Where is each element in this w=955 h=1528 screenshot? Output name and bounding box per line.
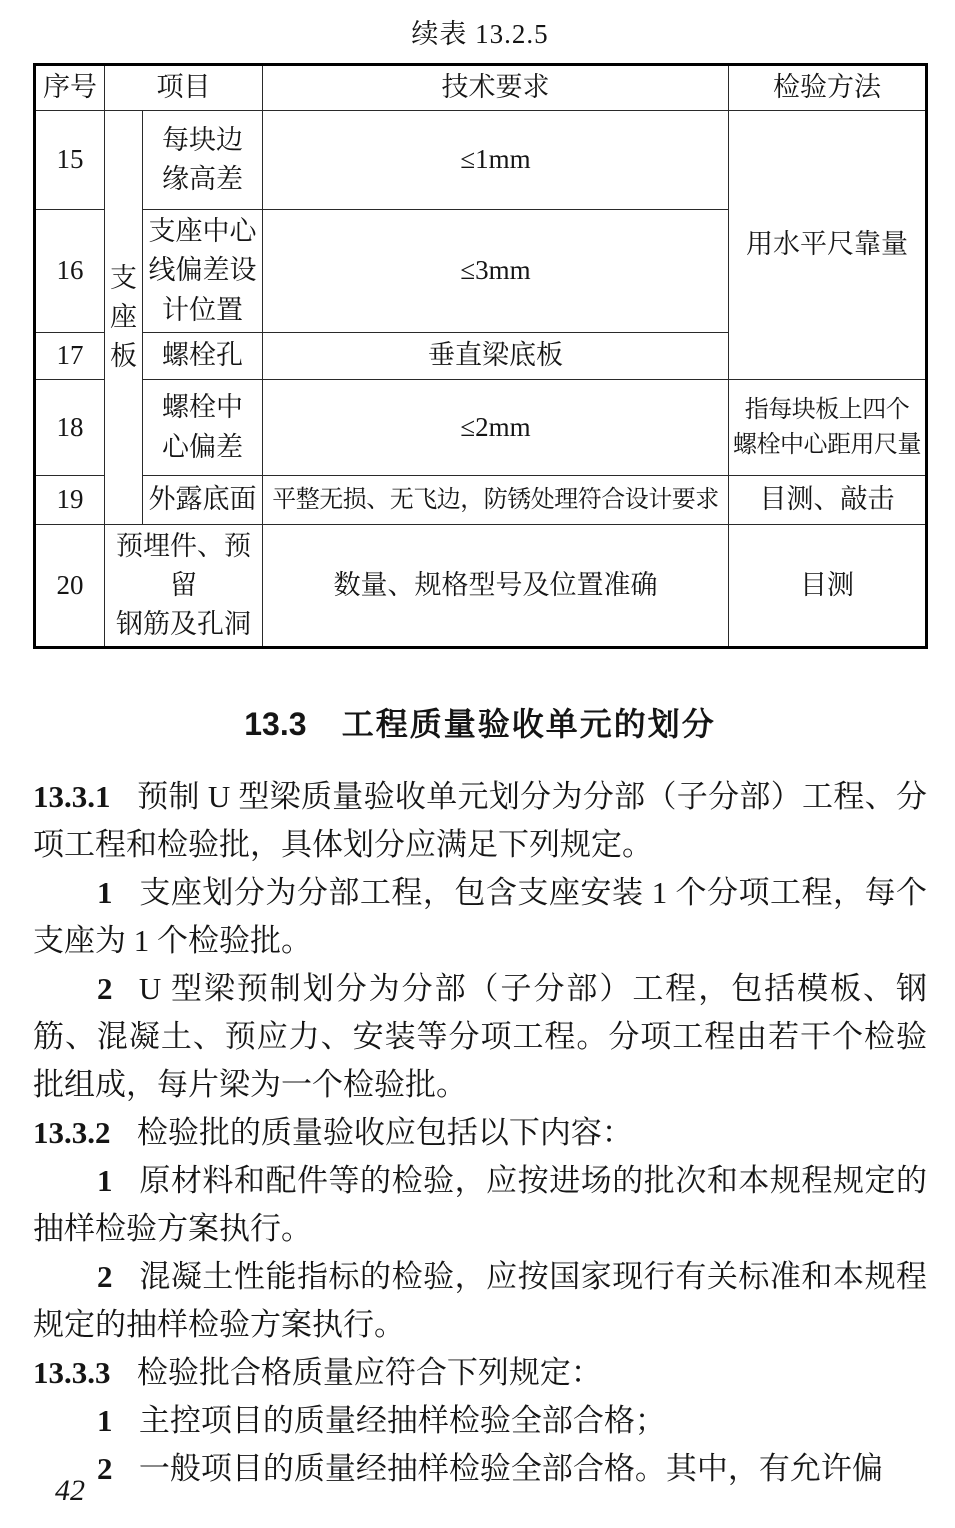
cell-method: 用水平尺靠量 (729, 111, 927, 380)
item-number: 2 (97, 971, 113, 1006)
cell-method: 目测、敲击 (729, 476, 927, 525)
item-text: 混凝土性能指标的检验，应按国家现行有关标准和本规程规定的抽样检验方案执行。 (33, 1259, 927, 1342)
table-title: 续表 13.2.5 (33, 12, 927, 51)
item-text: 支座划分为分部工程，包含支座安装 1 个分项工程，每个支座为 1 个检验批。 (33, 875, 927, 958)
table-row: 15 支 座 板 每块边 缘高差 ≤1mm 用水平尺靠量 (35, 111, 927, 210)
clause-13-3-3: 13.3.3检验批合格质量应符合下列规定： (33, 1349, 927, 1397)
item-text: 原材料和配件等的检验，应按进场的批次和本规程规定的抽样检验方案执行。 (33, 1163, 927, 1246)
cell-item: 螺栓孔 (143, 333, 263, 380)
cell-requirement: 平整无损、无飞边，防锈处理符合设计要求 (263, 476, 729, 525)
list-item-1: 1支座划分为分部工程，包含支座安装 1 个分项工程，每个支座为 1 个检验批。 (33, 869, 927, 965)
table-header-row: 序号 项目 技术要求 检验方法 (35, 65, 927, 111)
list-item-1: 1主控项目的质量经抽样检验全部合格； (33, 1397, 927, 1445)
cell-no: 20 (35, 525, 105, 648)
inspection-table: 序号 项目 技术要求 检验方法 15 支 座 板 每块边 缘高差 ≤1mm 用水… (33, 63, 928, 649)
header-no: 序号 (35, 65, 105, 111)
clause-text: 检验批合格质量应符合下列规定： (137, 1355, 602, 1390)
clause-13-3-2: 13.3.2检验批的质量验收应包括以下内容： (33, 1109, 927, 1157)
list-item-1: 1原材料和配件等的检验，应按进场的批次和本规程规定的抽样检验方案执行。 (33, 1157, 927, 1253)
cell-item: 支座中心 线偏差设 计位置 (143, 210, 263, 333)
item-number: 2 (97, 1259, 113, 1294)
cell-item: 每块边 缘高差 (143, 111, 263, 210)
cell-no: 18 (35, 380, 105, 476)
section-title: 工程质量验收单元的划分 (342, 706, 716, 742)
cell-no: 16 (35, 210, 105, 333)
list-item-2: 2一般项目的质量经抽样检验全部合格。其中，有允许偏 (33, 1445, 927, 1493)
table-row: 19 外露底面 平整无损、无飞边，防锈处理符合设计要求 目测、敲击 (35, 476, 927, 525)
item-text: 一般项目的质量经抽样检验全部合格。其中，有允许偏 (139, 1451, 883, 1486)
table-row: 18 螺栓中 心偏差 ≤2mm 指每块板上四个 螺栓中心距用尺量 (35, 380, 927, 476)
header-method: 检验方法 (729, 65, 927, 111)
clause-text: 预制 U 型梁质量验收单元划分为分部（子分部）工程、分项工程和检验批，具体划分应… (33, 779, 927, 862)
page-number: 42 (55, 1474, 85, 1508)
cell-requirement: 垂直梁底板 (263, 333, 729, 380)
cell-no: 19 (35, 476, 105, 525)
table-row: 20 预埋件、预留 钢筋及孔洞 数量、规格型号及位置准确 目测 (35, 525, 927, 648)
clause-number: 13.3.2 (33, 1115, 111, 1150)
clause-number: 13.3.1 (33, 779, 111, 814)
section-number: 13.3 (244, 706, 306, 742)
item-number: 2 (97, 1451, 113, 1486)
cell-requirement: ≤1mm (263, 111, 729, 210)
item-text: 主控项目的质量经抽样检验全部合格； (139, 1403, 666, 1438)
item-number: 1 (97, 875, 113, 910)
cell-item: 预埋件、预留 钢筋及孔洞 (105, 525, 263, 648)
cell-item: 螺栓中 心偏差 (143, 380, 263, 476)
clause-number: 13.3.3 (33, 1355, 111, 1390)
cell-item: 外露底面 (143, 476, 263, 525)
item-number: 1 (97, 1163, 113, 1198)
cell-requirement: ≤3mm (263, 210, 729, 333)
cell-no: 17 (35, 333, 105, 380)
cell-requirement: 数量、规格型号及位置准确 (263, 525, 729, 648)
cell-method: 指每块板上四个 螺栓中心距用尺量 (729, 380, 927, 476)
cell-requirement: ≤2mm (263, 380, 729, 476)
section-heading: 13.3工程质量验收单元的划分 (33, 699, 927, 745)
clause-text: 检验批的质量验收应包括以下内容： (137, 1115, 633, 1150)
cell-group-label: 支 座 板 (105, 111, 143, 525)
list-item-2: 2混凝土性能指标的检验，应按国家现行有关标准和本规程规定的抽样检验方案执行。 (33, 1253, 927, 1349)
item-number: 1 (97, 1403, 113, 1438)
list-item-2: 2U 型梁预制划分为分部（子分部）工程，包括模板、钢筋、混凝土、预应力、安装等分… (33, 965, 927, 1109)
cell-no: 15 (35, 111, 105, 210)
item-text: U 型梁预制划分为分部（子分部）工程，包括模板、钢筋、混凝土、预应力、安装等分项… (33, 971, 927, 1102)
header-requirement: 技术要求 (263, 65, 729, 111)
document-page: 续表 13.2.5 序号 项目 技术要求 检验方法 15 支 座 板 每块边 缘… (0, 0, 955, 1528)
header-item: 项目 (105, 65, 263, 111)
clause-13-3-1: 13.3.1预制 U 型梁质量验收单元划分为分部（子分部）工程、分项工程和检验批… (33, 773, 927, 869)
cell-method: 目测 (729, 525, 927, 648)
